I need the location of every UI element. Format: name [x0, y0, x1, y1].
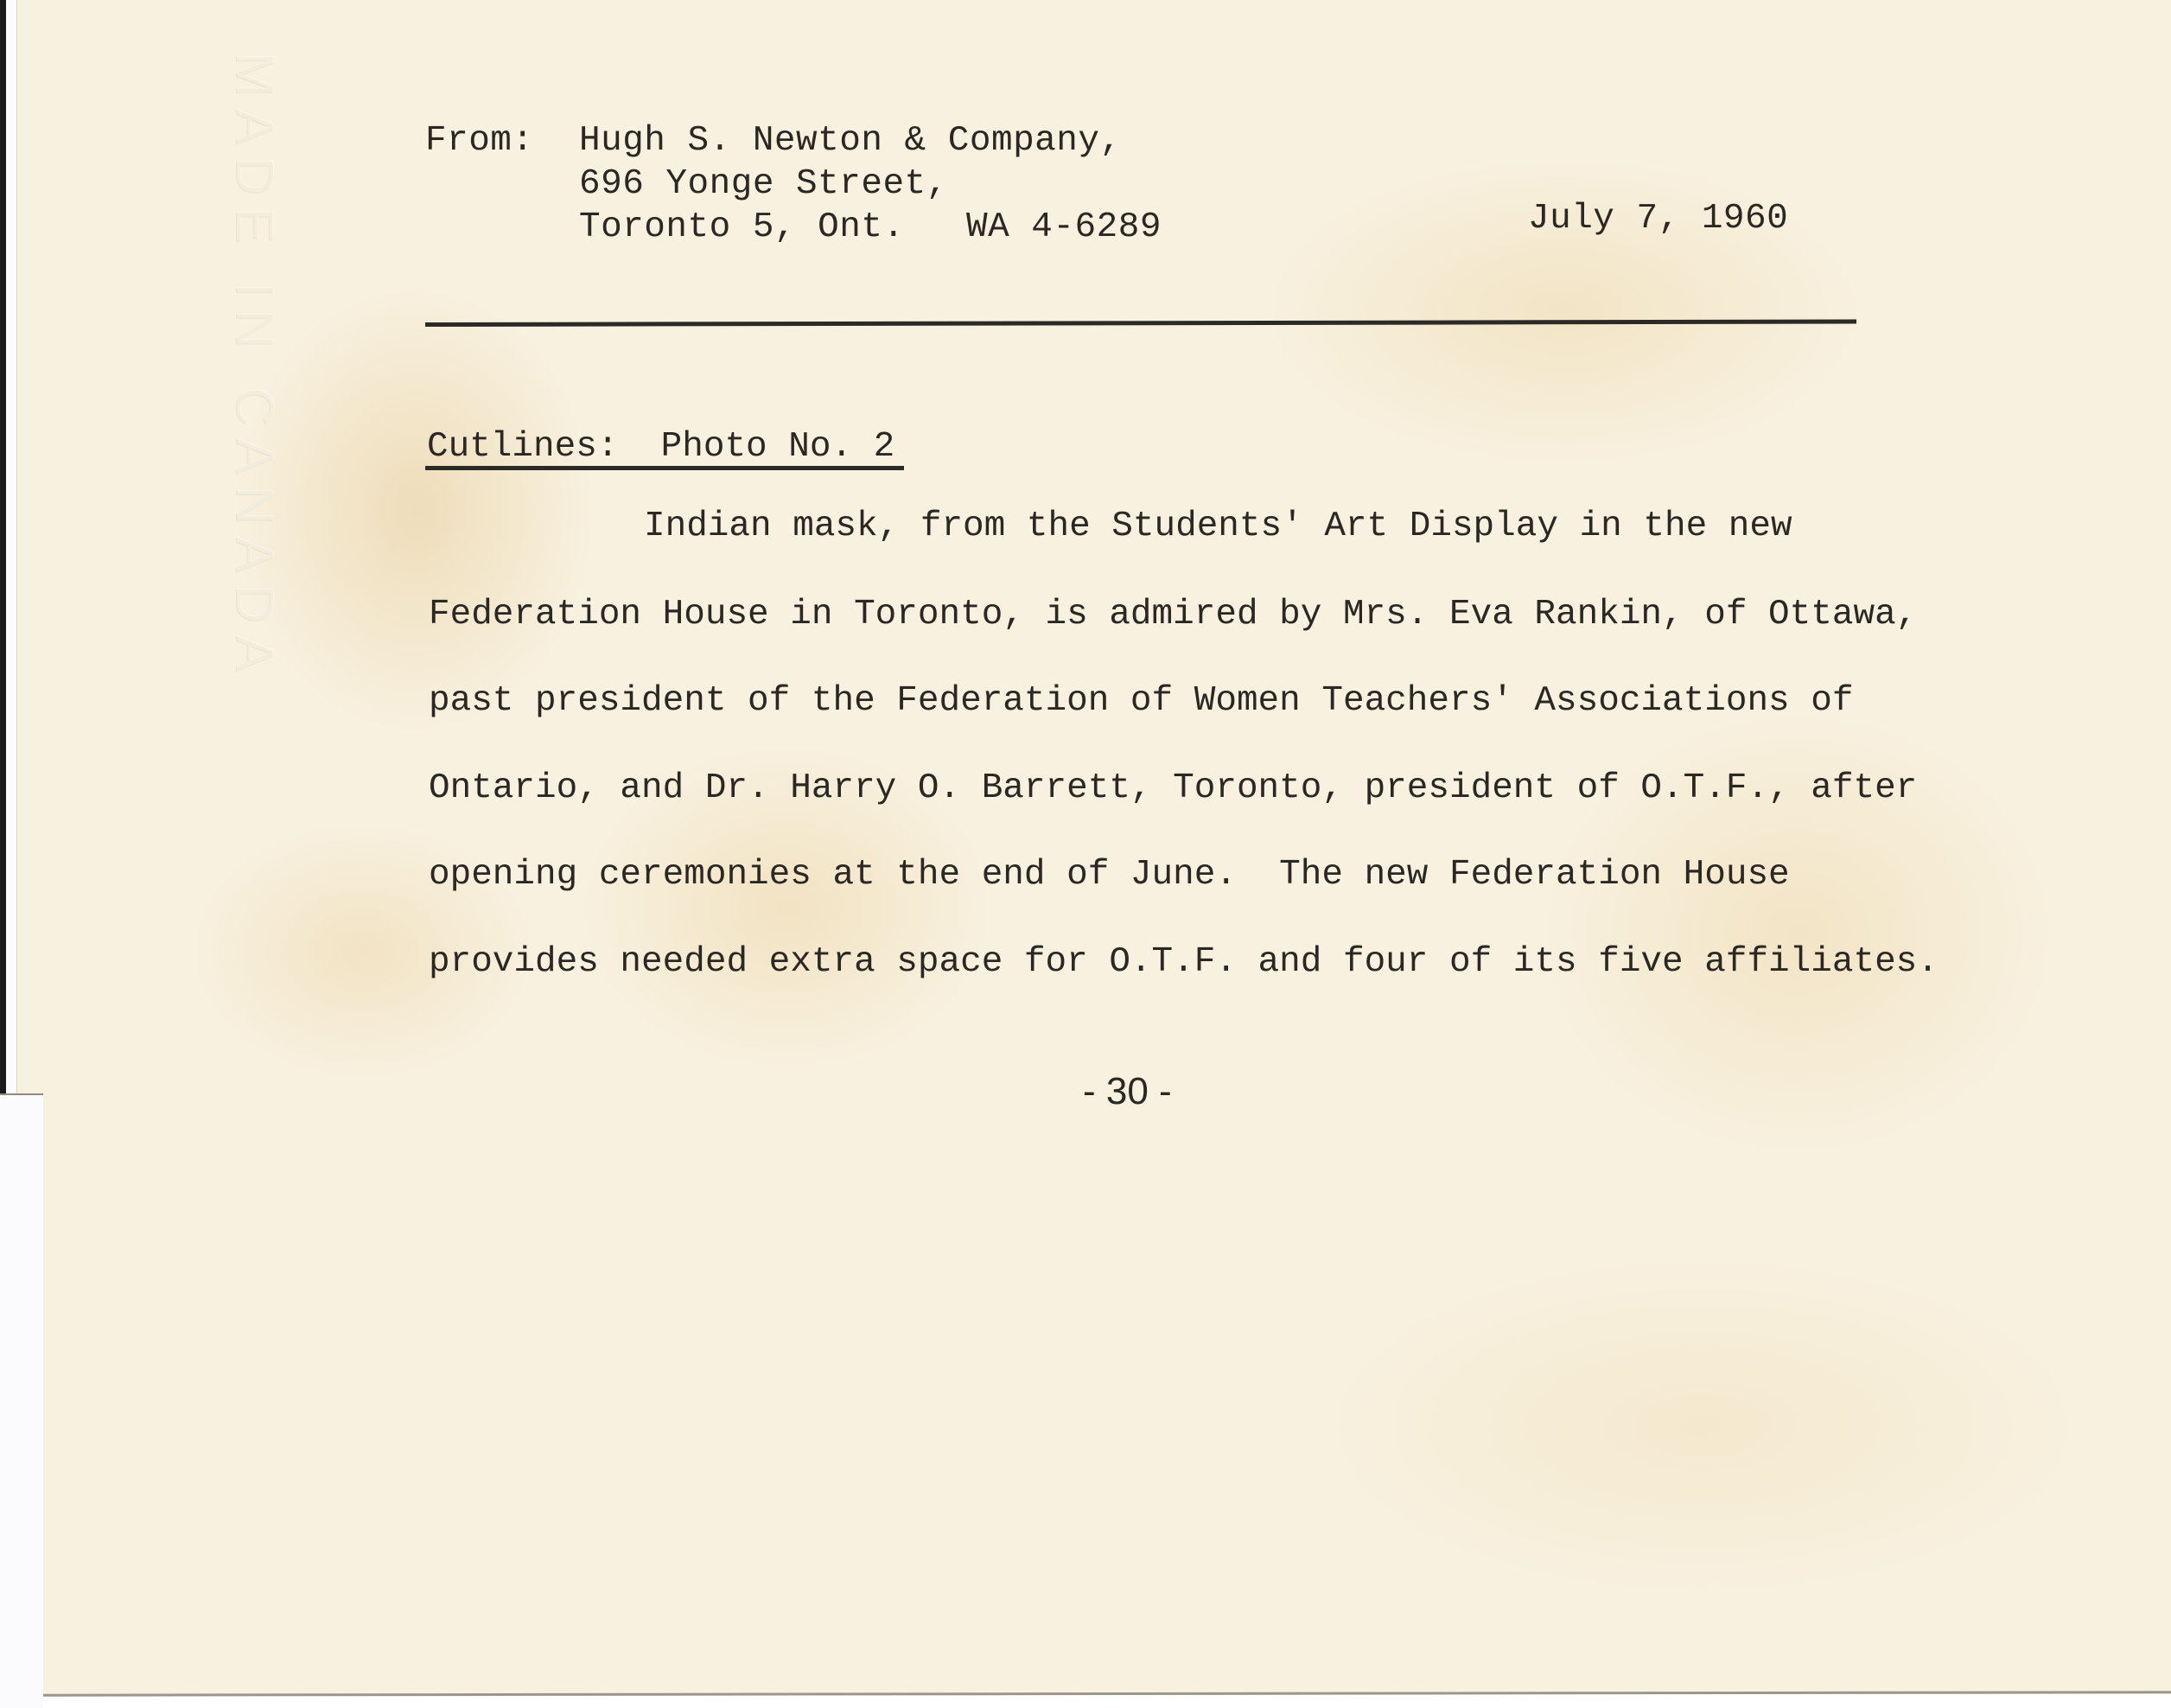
- heading-underline: [425, 466, 904, 470]
- body-line: Federation House in Toronto, is admired …: [429, 593, 1917, 636]
- paper-stain: [1314, 1253, 2091, 1599]
- document-page: [17, 0, 2171, 1694]
- scanner-background: [0, 1093, 43, 1708]
- body-line: opening ceremonies at the end of June. T…: [429, 853, 1790, 896]
- paper-stain: [233, 285, 596, 735]
- document-page-edge: [43, 1093, 78, 1694]
- from-label: From:: [425, 119, 534, 163]
- embossed-watermark: MADE IN CANADA: [224, 52, 285, 683]
- body-line: Indian mask, from the Students' Art Disp…: [644, 505, 1792, 548]
- section-heading: Cutlines: Photo No. 2: [427, 425, 895, 468]
- body-line: provides needed extra space for O.T.F. a…: [429, 940, 1939, 984]
- scanner-edge-gap: [6, 0, 18, 1106]
- page-number: - 30 -: [1083, 1070, 1172, 1113]
- scanner-edge-shadow: [0, 0, 6, 1106]
- sender-street: 696 Yonge Street,: [579, 163, 948, 206]
- document-date: July 7, 1960: [1528, 197, 1788, 240]
- sender-city: Toronto 5, Ont.: [579, 206, 905, 249]
- body-line: Ontario, and Dr. Harry O. Barrett, Toron…: [429, 767, 1917, 810]
- sender-name: Hugh S. Newton & Company,: [579, 119, 1122, 163]
- sender-phone: WA 4-6289: [966, 206, 1162, 249]
- body-line: past president of the Federation of Wome…: [429, 679, 1853, 723]
